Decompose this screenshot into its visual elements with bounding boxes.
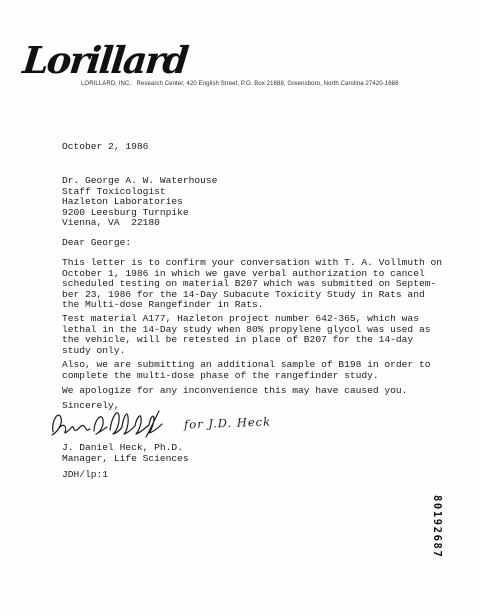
signature-annotation: for J.D. Heck <box>184 414 272 431</box>
lorillard-logo: Lorillard <box>21 38 189 82</box>
salutation: Dear George: <box>62 238 131 249</box>
signature-scrawl-icon <box>50 406 178 440</box>
bates-number: 80192687 <box>431 495 443 558</box>
signature-block: for J.D. Heck <box>50 405 271 441</box>
body-paragraph-1: This letter is to confirm your conversat… <box>62 258 442 311</box>
letter-page: Lorillard LORILLARD, INC. Research Cente… <box>0 0 480 616</box>
body-paragraph-4: We apologize for any inconvenience this … <box>62 386 407 397</box>
reference-initials: JDH/lp:1 <box>62 470 108 481</box>
date-line: October 2, 1986 <box>62 142 148 153</box>
signer-name-title: J. Daniel Heck, Ph.D. Manager, Life Scie… <box>62 443 189 464</box>
body-paragraph-2: Test material A177, Hazleton project num… <box>62 314 430 356</box>
recipient-address: Dr. George A. W. Waterhouse Staff Toxico… <box>62 176 217 229</box>
body-paragraph-3: Also, we are submitting an additional sa… <box>62 360 430 381</box>
letterhead-address: LORILLARD, INC. Research Center, 420 Eng… <box>81 81 399 87</box>
